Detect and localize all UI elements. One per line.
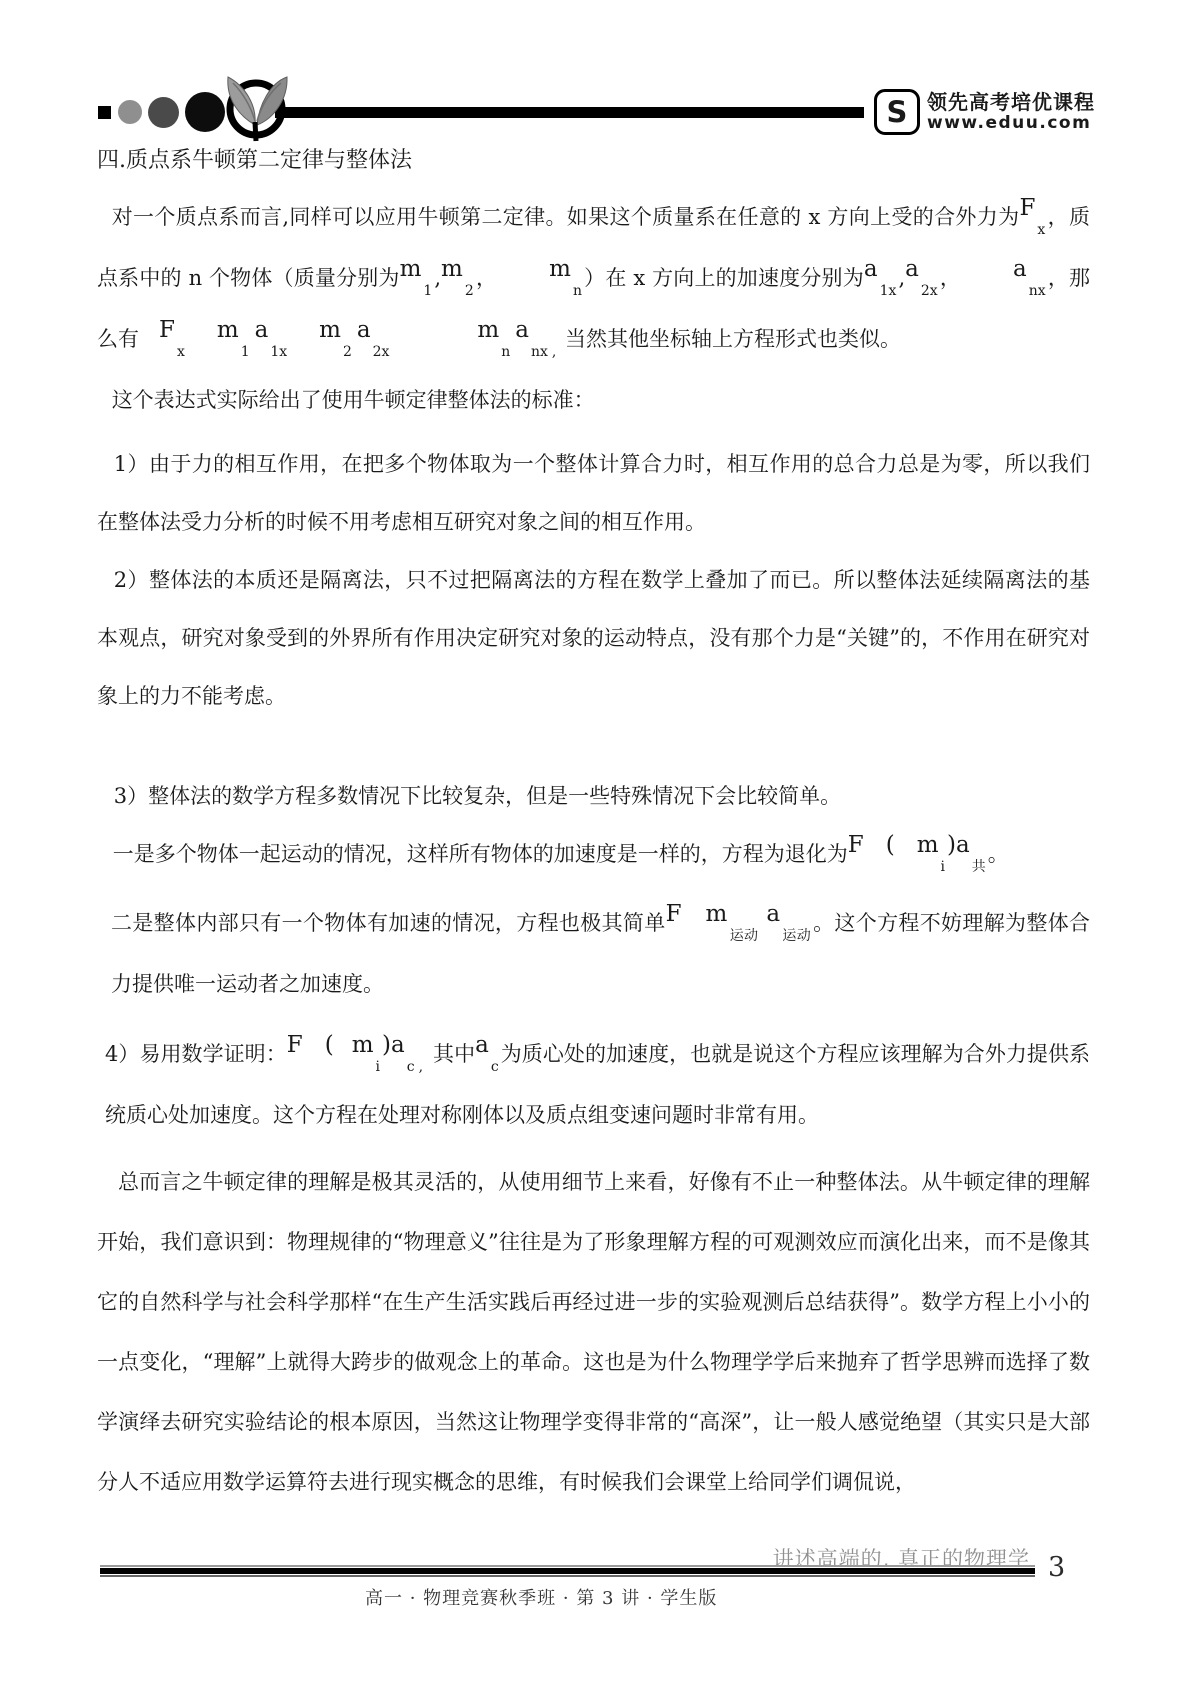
math-subscript: i	[941, 859, 945, 875]
math-var: F	[666, 902, 682, 926]
math-subscript: ,	[419, 1059, 423, 1075]
math-var: ac	[475, 1033, 501, 1057]
math-subscript: 运动	[782, 928, 811, 944]
math-var: a1x	[255, 318, 290, 342]
math-base: m	[549, 256, 571, 282]
math-base: a	[766, 901, 780, 927]
math-var: )a共	[947, 833, 988, 857]
math-var: a2x	[905, 257, 940, 281]
ornament-dot-small	[118, 100, 142, 124]
math-subscript: i	[376, 1059, 380, 1075]
math-subscript: x	[1037, 222, 1045, 238]
math-var: Fx	[1019, 196, 1047, 220]
math-var: anx	[1013, 257, 1048, 281]
brand-block: S 领先高考培优课程 www.eduu.com	[874, 89, 1095, 135]
math-var: F	[287, 1033, 303, 1057]
document-page: S 领先高考培优课程 www.eduu.com 四.质点系牛顿第二定律与整体法 …	[0, 0, 1191, 1685]
math-var: m1	[400, 257, 435, 281]
ornament-square	[98, 106, 111, 119]
equation-gap	[354, 345, 357, 346]
math-base: a	[864, 256, 878, 282]
math-base: F	[1019, 195, 1035, 221]
math-base: m	[441, 256, 463, 282]
math-var: a1x	[864, 257, 899, 281]
math-var: anx	[515, 318, 550, 342]
math-var: mn	[477, 318, 512, 342]
paragraph-intro: 对一个质点系而言,同样可以应用牛顿第二定律。如果这个质量系在任意的 x 方向上受…	[97, 188, 1090, 371]
math-base: (	[325, 1032, 334, 1058]
math-subscript: 1	[241, 344, 250, 360]
paragraph-criterion-lead: 这个表达式实际给出了使用牛顿定律整体法的标准：	[97, 371, 1090, 429]
equation-gap	[334, 1060, 352, 1061]
math-subscript: 共	[972, 859, 986, 875]
equation-gap	[760, 929, 766, 930]
math-base: m	[352, 1032, 374, 1058]
paragraph-item-3: 3）整体法的数学方程多数情况下比较复杂，但是一些特殊情况下会比较简单。	[97, 767, 1090, 825]
footer-course-label: 高一 · 物理竞赛秋季班 · 第 3 讲 · 学生版	[365, 1584, 717, 1610]
math-var: ,	[417, 1033, 425, 1057]
equation-gap	[895, 860, 917, 861]
paragraph-item-1: 1）由于力的相互作用，在把多个物体取为一个整体计算合力时，相互作用的总合力总是为…	[97, 435, 1090, 551]
math-subscript: 2x	[373, 344, 390, 360]
math-base: m	[319, 317, 341, 343]
math-base: )a	[947, 832, 970, 858]
math-var: a2x	[357, 318, 392, 342]
footer-rule	[100, 1565, 1035, 1577]
math-subscript: ,	[552, 344, 556, 360]
equation-gap	[682, 929, 706, 930]
header-rule	[275, 107, 864, 118]
ornament-dot-medium	[148, 97, 179, 128]
equation-gap	[139, 345, 159, 346]
math-subscript: n	[573, 283, 582, 299]
math-base: a	[1013, 256, 1027, 282]
math-subscript: 2	[343, 344, 352, 360]
math-subscript: 2x	[921, 283, 938, 299]
math-subscript: n	[501, 344, 510, 360]
math-var: )ac	[382, 1033, 417, 1057]
math-base: )a	[382, 1032, 405, 1058]
math-var: mn	[549, 257, 584, 281]
paragraph-case-2: 二是整体内部只有一个物体有加速的情况，方程也极其简单Fm运动a运动。这个方程不妨…	[97, 894, 1090, 1013]
math-subscript: c	[407, 1059, 415, 1075]
math-subscript: 1	[423, 283, 432, 299]
document-body: 四.质点系牛顿第二定律与整体法 对一个质点系而言,同样可以应用牛顿第二定律。如果…	[97, 146, 1090, 1512]
math-subscript: x	[177, 344, 185, 360]
math-base: m	[217, 317, 239, 343]
paragraph-item-4: 4）易用数学证明：F(mi)ac,其中ac为质心处的加速度，也就是说这个方程应该…	[97, 1025, 1090, 1144]
math-var: m2	[441, 257, 476, 281]
section-heading: 四.质点系牛顿第二定律与整体法	[97, 146, 1090, 176]
math-base: F	[666, 901, 682, 927]
equation-gap	[425, 1060, 433, 1061]
paragraph-item-2: 2）整体法的本质还是隔离法，只不过把隔离法的方程在数学上叠加了而已。所以整体法延…	[97, 551, 1090, 725]
equation-gap	[497, 284, 549, 285]
math-base: m	[477, 317, 499, 343]
math-var: F	[848, 833, 864, 857]
math-subscript: 1x	[880, 283, 897, 299]
math-subscript: 1x	[270, 344, 287, 360]
math-var: m2	[319, 318, 354, 342]
math-var: (	[325, 1033, 334, 1057]
brand-s-icon: S	[874, 89, 920, 135]
page-header: S 领先高考培优课程 www.eduu.com	[98, 82, 1095, 142]
math-base: (	[886, 832, 895, 858]
equation-gap	[864, 860, 886, 861]
math-var: m运动	[706, 902, 761, 926]
math-base: a	[515, 317, 529, 343]
brand-monogram: S	[887, 95, 908, 129]
math-base: F	[848, 832, 864, 858]
equation-gap	[289, 345, 319, 346]
header-ornament-row: S 领先高考培优课程 www.eduu.com	[98, 82, 1095, 142]
equation-gap	[512, 345, 515, 346]
math-subscript: nx	[531, 344, 548, 360]
math-subscript: 2	[465, 283, 474, 299]
leaf-logo-icon	[215, 67, 295, 143]
math-base: a	[357, 317, 371, 343]
math-var: m1	[217, 318, 252, 342]
math-base: m	[400, 256, 422, 282]
equation-gap	[961, 284, 1013, 285]
page-number: 3	[1048, 1552, 1065, 1583]
math-base: m	[917, 832, 939, 858]
equation-gap	[303, 1060, 325, 1061]
math-subscript: 运动	[729, 928, 758, 944]
math-base: a	[475, 1032, 489, 1058]
equation-gap	[391, 345, 477, 346]
math-subscript: nx	[1029, 283, 1046, 299]
math-base: m	[706, 901, 728, 927]
math-base: F	[159, 317, 175, 343]
math-var: a运动	[766, 902, 813, 926]
math-base: F	[287, 1032, 303, 1058]
brand-text: 领先高考培优课程 www.eduu.com	[927, 92, 1095, 132]
paragraph-summary: 总而言之牛顿定律的理解是极其灵活的，从使用细节上来看，好像有不止一种整体法。从牛…	[97, 1152, 1090, 1512]
math-var: mi	[352, 1033, 382, 1057]
brand-name: 领先高考培优课程	[927, 92, 1095, 114]
equation-gap	[252, 345, 255, 346]
math-var: Fx	[159, 318, 187, 342]
math-base: a	[905, 256, 919, 282]
paragraph-case-1: 一是多个物体一起运动的情况，这样所有物体的加速度是一样的，方程为退化为F(mi)…	[97, 825, 1090, 886]
math-var: ,	[550, 318, 558, 342]
math-base: a	[255, 317, 269, 343]
equation-gap	[187, 345, 217, 346]
math-var: mi	[917, 833, 947, 857]
brand-url: www.eduu.com	[927, 114, 1095, 132]
math-subscript: c	[491, 1059, 499, 1075]
math-var: (	[886, 833, 895, 857]
